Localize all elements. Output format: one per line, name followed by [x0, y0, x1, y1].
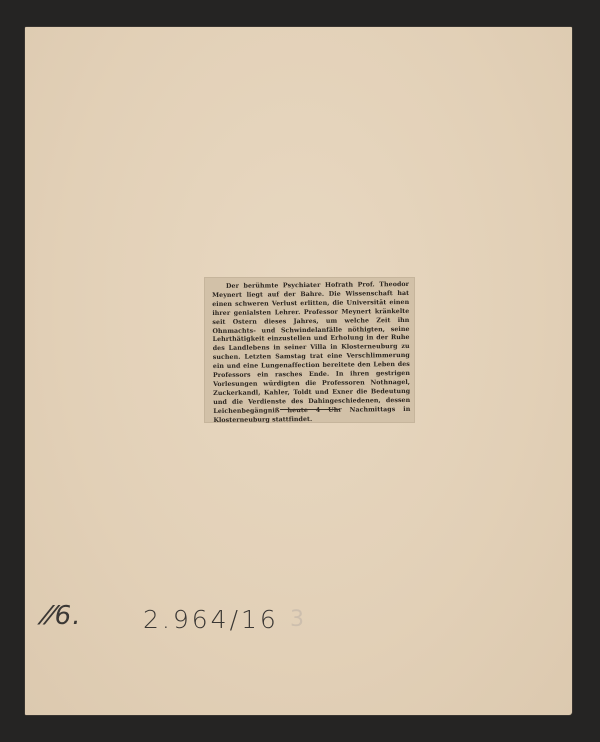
handwritten-mark: ⁄⁄6.	[44, 601, 82, 631]
newspaper-clipping: Der berühmte Psychiater Hofrath Prof. Th…	[205, 278, 414, 422]
clipping-paragraph: Der berühmte Psychiater Hofrath Prof. Th…	[212, 281, 410, 426]
inventory-suffix: 3	[290, 607, 304, 632]
clipping-text: Der berühmte Psychiater Hofrath Prof. Th…	[212, 281, 410, 426]
clipping-divider	[280, 409, 340, 410]
inventory-number: 2.964/16	[143, 605, 279, 634]
